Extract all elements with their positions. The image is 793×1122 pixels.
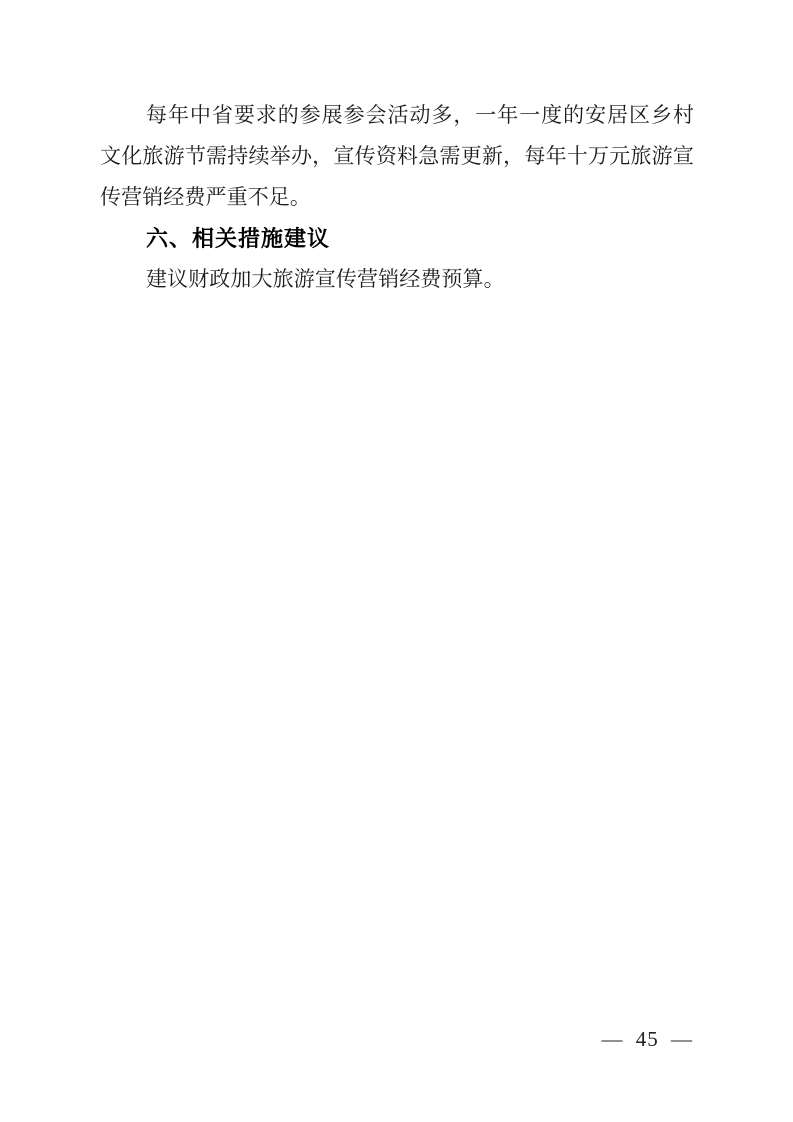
section-heading-measures: 六、相关措施建议: [100, 218, 694, 259]
paragraph-recommendation: 建议财政加大旅游宣传营销经费预算。: [100, 259, 694, 300]
document-page: 每年中省要求的参展参会活动多，一年一度的安居区乡村文化旅游节需持续举办，宣传资料…: [0, 0, 793, 1122]
paragraph-funding-shortage: 每年中省要求的参展参会活动多，一年一度的安居区乡村文化旅游节需持续举办，宣传资料…: [100, 95, 694, 218]
page-number: — 45 —: [602, 1028, 694, 1050]
document-body: 每年中省要求的参展参会活动多，一年一度的安居区乡村文化旅游节需持续举办，宣传资料…: [100, 95, 694, 300]
